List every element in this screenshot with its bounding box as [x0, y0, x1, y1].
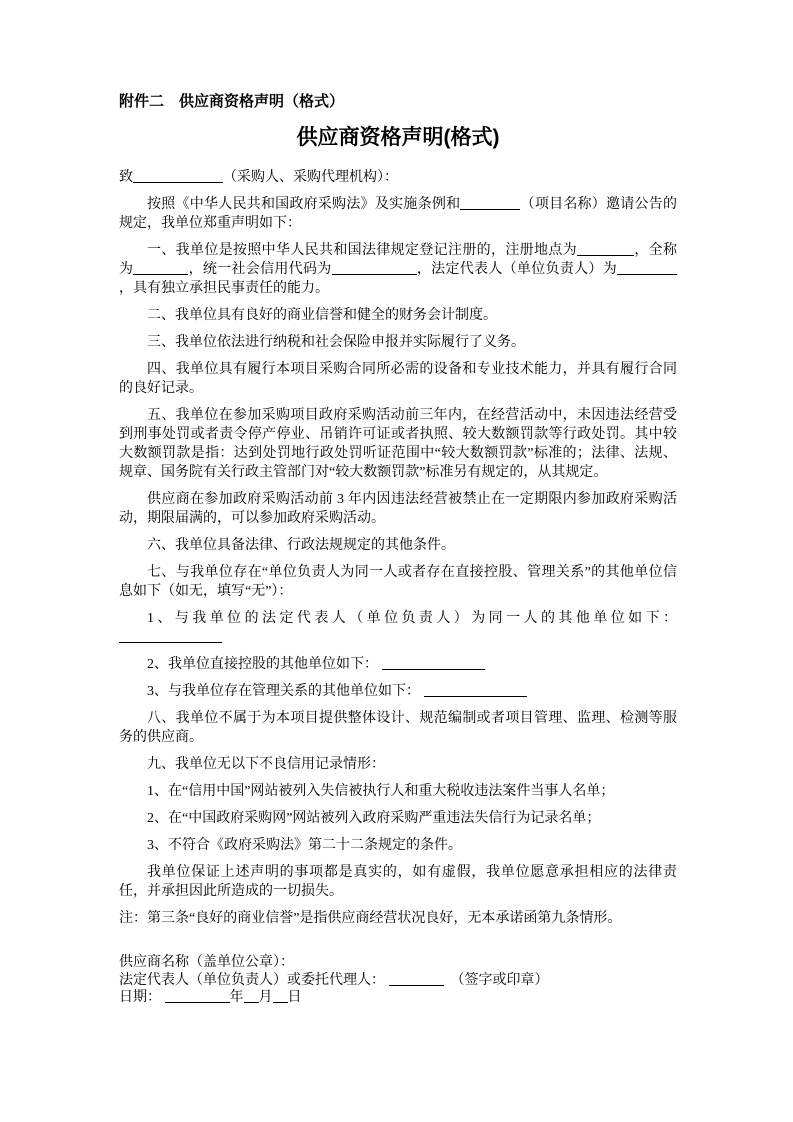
guarantee-paragraph: 我单位保证上述声明的事项都是真实的，如有虚假，我单位愿意承担相应的法律责任，并承…: [119, 863, 677, 901]
registered-address-blank: [577, 244, 634, 256]
clause-1: 一、我单位是按照中华人民共和国法律规定登记注册的，注册地点为，全称为，统一社会信…: [119, 241, 677, 298]
clause-9: 九、我单位无以下不良信用记录情形：: [119, 755, 677, 774]
text-segment: 一、我单位是按照中华人民共和国法律规定登记注册的，注册地点为: [147, 243, 577, 258]
clause-7-item-1: 1、与我单位的法定代表人（单位负责人）为同一人的其他单位如下：: [119, 609, 677, 647]
clause-6: 六、我单位具备法律、行政法规规定的其他条件。: [119, 536, 677, 555]
clause-8: 八、我单位不属于为本项目提供整体设计、规范编制或者项目管理、监理、检测等服务的供…: [119, 709, 677, 747]
text-segment: 3、与我单位存在管理关系的其他单位如下：: [147, 684, 420, 699]
clause-3: 三、我单位依法进行纳税和社会保险申报并实际履行了义务。: [119, 333, 677, 352]
recipient-blank: [133, 171, 223, 183]
clause-5: 五、我单位在参加采购项目政府采购活动前三年内，在经营活动中，未因违法经营受到刑事…: [119, 406, 677, 482]
preamble-paragraph: 按照《中华人民共和国政府采购法》及实施条例和（项目名称）邀请公告的规定，我单位郑…: [119, 195, 677, 233]
text-segment: ，统一社会信用代码为: [188, 262, 331, 277]
clause-9-item-1: 1、在“信用中国”网站被列入失信被执行人和重大税收违法案件当事人名单；: [119, 782, 677, 801]
date-month-blank: [244, 991, 259, 1003]
clause-5-note: 供应商在参加政府采购活动前 3 年内因违法经营被禁止在一定期限内参加政府采购活动…: [119, 490, 677, 528]
document-title: 供应商资格声明(格式): [119, 125, 677, 151]
text-segment: 日期：: [119, 990, 161, 1005]
project-name-blank: [460, 198, 520, 210]
same-legal-rep-units-blank: [119, 631, 222, 643]
clause-9-item-3: 3、不符合《政府采购法》第二十二条规定的条件。: [119, 836, 677, 855]
text-segment: ，法定代表人（单位负责人）为: [417, 262, 617, 277]
supplier-name-line: 供应商名称（盖单位公章）：: [119, 954, 677, 972]
date-line: 日期： 年月日: [119, 989, 677, 1007]
text-segment: （签字或印章）: [458, 973, 549, 988]
text-segment: 法定代表人（单位负责人）或委托代理人：: [119, 973, 385, 988]
signer-signature-blank: [389, 974, 444, 986]
note-paragraph: 注：第三条“良好的商业信誉”是指供应商经营状况良好，无本承诺函第九条情形。: [119, 909, 677, 928]
document-page: 附件二 供应商资格声明（格式） 供应商资格声明(格式) 致（采购人、采购代理机构…: [0, 0, 793, 1122]
management-relation-units-blank: [424, 685, 527, 697]
text-segment: （采购人、采购代理机构）：: [223, 170, 398, 185]
clause-7-item-2: 2、我单位直接控股的其他单位如下：: [119, 655, 677, 674]
clause-2: 二、我单位具有良好的商业信誉和健全的财务会计制度。: [119, 306, 677, 325]
salutation-line: 致（采购人、采购代理机构）：: [119, 168, 677, 187]
directly-controlled-units-blank: [382, 658, 485, 670]
text-segment: 年: [230, 990, 244, 1005]
clause-4: 四、我单位具有履行本项目采购合同所必需的设备和专业技术能力，并具有履行合同的良好…: [119, 360, 677, 398]
text-segment: 致: [119, 170, 133, 185]
clause-9-item-2: 2、在“中国政府采购网”网站被列入政府采购严重违法失信行为记录名单；: [119, 809, 677, 828]
legal-rep-line: 法定代表人（单位负责人）或委托代理人： （签字或印章）: [119, 972, 677, 990]
text-segment: 按照《中华人民共和国政府采购法》及实施条例和: [147, 197, 460, 212]
text-segment: 月: [259, 990, 273, 1005]
credit-code-blank: [332, 263, 417, 275]
company-name-blank: [133, 263, 188, 275]
signature-block: 供应商名称（盖单位公章）： 法定代表人（单位负责人）或委托代理人： （签字或印章…: [119, 954, 677, 1007]
legal-representative-blank: [617, 263, 677, 275]
text-segment: 1、与我单位的法定代表人（单位负责人）为同一人的其他单位如下：: [147, 611, 677, 626]
clause-7-item-3: 3、与我单位存在管理关系的其他单位如下：: [119, 682, 677, 701]
date-day-blank: [273, 991, 288, 1003]
text-segment: 2、我单位直接控股的其他单位如下：: [147, 657, 378, 672]
attachment-heading: 附件二 供应商资格声明（格式）: [119, 92, 677, 112]
text-segment: 日: [288, 990, 302, 1005]
clause-7: 七、与我单位存在“单位负责人为同一人或者存在直接控股、管理关系”的其他单位信息如…: [119, 563, 677, 601]
text-segment: ，具有独立承担民事责任的能力。: [119, 281, 329, 296]
date-year-blank: [165, 991, 230, 1003]
